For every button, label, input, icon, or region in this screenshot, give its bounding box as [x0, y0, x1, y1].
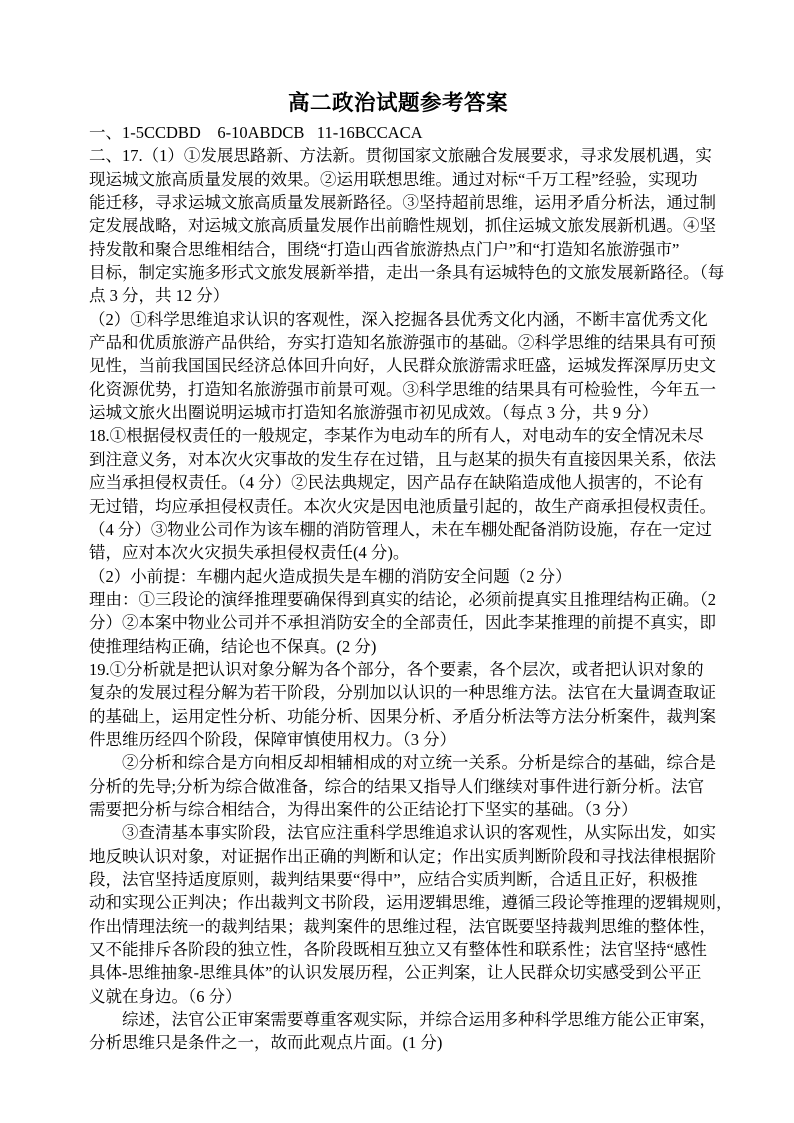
text-line: 动和实现公正判决；作出裁判文书阶段，运用逻辑思维，遵循三段论等推理的逻辑规则，	[89, 891, 729, 914]
text-line: 持发散和聚合思维相结合，围绕“打造山西省旅游热点门户”和“打造知名旅游强市”	[89, 238, 729, 261]
text-line: 理由：①三段论的演绎推理要确保得到真实的结论，必须前提真实且推理结构正确。（2	[89, 588, 729, 611]
text-line: 19.①分析就是把认识对象分解为各个部分，各个要素，各个层次，或者把认识对象的	[89, 658, 729, 681]
text-line: 综述，法官公正审案需要尊重客观实际，并综合运用多种科学思维方能公正审案，	[89, 1008, 729, 1031]
text-line: 二、17.（1）①发展思路新、方法新。贯彻国家文旅融合发展要求，寻求发展机遇，实	[89, 144, 729, 167]
text-line: （4 分）③物业公司作为该车棚的消防管理人，未在车棚处配备消防设施，存在一定过	[89, 518, 729, 541]
text-line: 化资源优势，打造知名旅游强市前景可观。③科学思维的结果具有可检验性，今年五一	[89, 378, 729, 401]
text-line: 现运城文旅高质量发展的效果。②运用联想思维。通过对标“千万工程”经验，实现功	[89, 168, 729, 191]
text-line: 段，法官坚持适度原则，裁判结果要“得中”，应结合实质判断，合适且正好，积极推	[89, 868, 729, 891]
text-line: 使推理结构正确，结论也不保真。(2 分)	[89, 635, 729, 658]
text-line: 能迁移，寻求运城文旅高质量发展新路径。③坚持超前思维，运用矛盾分析法，通过制	[89, 191, 729, 214]
document-page: 高二政治试题参考答案 一、1-5CCDBD 6-10ABDCB 11-16BCC…	[0, 0, 794, 1123]
text-line: （2）小前提：车棚内起火造成损失是车棚的消防安全问题（2 分）	[89, 565, 729, 588]
text-line: 的基础上，运用定性分析、功能分析、因果分析、矛盾分析法等方法分析案件，裁判案	[89, 705, 729, 728]
text-line: 地反映认识对象，对证据作出正确的判断和认定；作出实质判断阶段和寻找法律根据阶	[89, 845, 729, 868]
text-line: （2）①科学思维追求认识的客观性，深入挖掘各县优秀文化内涵，不断丰富优秀文化	[89, 308, 729, 331]
text-line: 分析的先导;分析为综合做准备，综合的结果又指导人们继续对事件进行新分析。法官	[89, 775, 729, 798]
text-line: 错，应对本次火灾损失承担侵权责任(4 分)。	[89, 541, 729, 564]
text-line: 件思维历经四个阶段，保障审慎使用权力。（3 分）	[89, 728, 729, 751]
text-line: 到注意义务，对本次火灾事故的发生存在过错，且与赵某的损失有直接因果关系，依法	[89, 448, 729, 471]
text-line: 义就在身边。（6 分）	[89, 985, 729, 1008]
text-line: 定发展战略，对运城文旅高质量发展作出前瞻性规划，抓住运城文旅发展新机遇。④坚	[89, 214, 729, 237]
answers-text-block: 一、1-5CCDBD 6-10ABDCB 11-16BCCACA二、17.（1）…	[89, 121, 729, 1055]
text-line: 目标，制定实施多形式文旅发展新举措，走出一条具有运城特色的文旅发展新路径。（每	[89, 261, 729, 284]
text-line: 分析思维只是条件之一，故而此观点片面。(1 分)	[89, 1031, 729, 1054]
page-title: 高二政治试题参考答案	[89, 90, 707, 116]
text-line: 点 3 分，共 12 分）	[89, 284, 729, 307]
text-line: 运城文旅火出圈说明运城市打造知名旅游强市初见成效。（每点 3 分，共 9 分）	[89, 401, 729, 424]
text-line: 复杂的发展过程分解为若干阶段，分别加以认识的一种思维方法。法官在大量调查取证	[89, 681, 729, 704]
text-line: 见性，当前我国国民经济总体回升向好，人民群众旅游需求旺盛，运城发挥深厚历史文	[89, 354, 729, 377]
text-line: 应当承担侵权责任。（4 分）②民法典规定，因产品存在缺陷造成他人损害的，不论有	[89, 471, 729, 494]
text-line: 18.①根据侵权责任的一般规定，李某作为电动车的所有人，对电动车的安全情况未尽	[89, 424, 729, 447]
text-line: 一、1-5CCDBD 6-10ABDCB 11-16BCCACA	[89, 121, 729, 144]
text-line: 作出情理法统一的裁判结果；裁判案件的思维过程，法官既要坚持裁判思维的整体性，	[89, 915, 729, 938]
text-line: 分）②本案中物业公司并不承担消防安全的全部责任，因此李某推理的前提不真实，即	[89, 611, 729, 634]
text-line: 产品和优质旅游产品供给，夯实打造知名旅游强市的基础。②科学思维的结果具有可预	[89, 331, 729, 354]
text-line: 具体-思维抽象-思维具体”的认识发展历程，公正判案，让人民群众切实感受到公平正	[89, 961, 729, 984]
text-line: 又不能排斥各阶段的独立性，各阶段既相互独立又有整体性和联系性；法官坚持“感性	[89, 938, 729, 961]
text-line: ③查清基本事实阶段，法官应注重科学思维追求认识的客观性，从实际出发，如实	[89, 821, 729, 844]
text-line: 需要把分析与综合相结合，为得出案件的公正结论打下坚实的基础。（3 分）	[89, 798, 729, 821]
text-line: ②分析和综合是方向相反却相辅相成的对立统一关系。分析是综合的基础，综合是	[89, 751, 729, 774]
text-line: 无过错，均应承担侵权责任。本次火灾是因电池质量引起的，故生产商承担侵权责任。	[89, 495, 729, 518]
